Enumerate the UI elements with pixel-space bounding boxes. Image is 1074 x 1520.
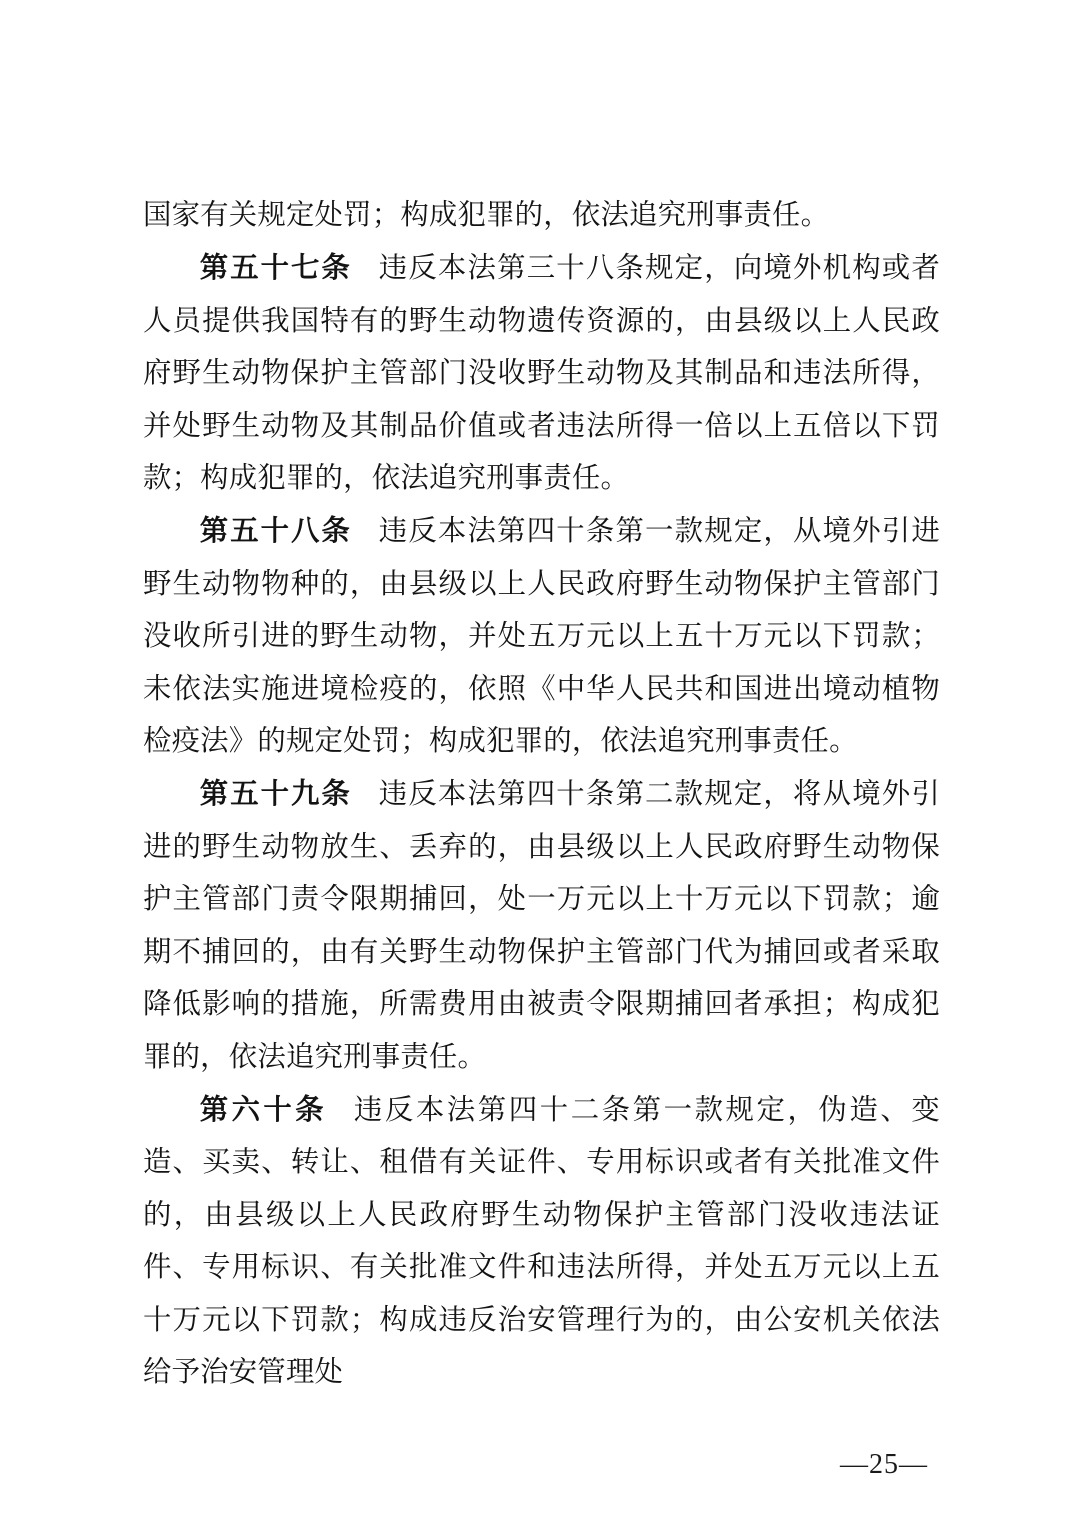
article-number: 第五十九条: [200, 778, 352, 810]
page-number: —25—: [840, 1448, 928, 1482]
article-text: 违反本法第四十条第二款规定，将从境外引进的野生动物放生、丢弃的，由县级以上人民政…: [143, 779, 940, 1072]
paragraph-article-57: 第五十七条违反本法第三十八条规定，向境外机构或者人员提供我国特有的野生动物遗传资…: [143, 242, 940, 505]
article-text: 违反本法第四十条第一款规定，从境外引进野生动物物种的，由县级以上人民政府野生动物…: [143, 516, 940, 757]
article-text: 国家有关规定处罚；构成犯罪的，依法追究刑事责任。: [143, 200, 829, 231]
paragraph-article-58: 第五十八条违反本法第四十条第一款规定，从境外引进野生动物物种的，由县级以上人民政…: [143, 505, 940, 768]
paragraph-continuation: 国家有关规定处罚；构成犯罪的，依法追究刑事责任。: [143, 190, 940, 242]
document-page: 国家有关规定处罚；构成犯罪的，依法追究刑事责任。 第五十七条违反本法第三十八条规…: [0, 0, 1074, 1520]
paragraph-article-60: 第六十条违反本法第四十二条第一款规定，伪造、变造、买卖、转让、租借有关证件、专用…: [143, 1084, 940, 1399]
article-number: 第五十七条: [200, 252, 352, 284]
article-text: 违反本法第四十二条第一款规定，伪造、变造、买卖、转让、租借有关证件、专用标识或者…: [143, 1095, 940, 1388]
paragraph-article-59: 第五十九条违反本法第四十条第二款规定，将从境外引进的野生动物放生、丢弃的，由县级…: [143, 768, 940, 1083]
article-number: 第六十条: [200, 1094, 327, 1126]
article-text: 违反本法第三十八条规定，向境外机构或者人员提供我国特有的野生动物遗传资源的，由县…: [143, 253, 940, 494]
law-text-block: 国家有关规定处罚；构成犯罪的，依法追究刑事责任。 第五十七条违反本法第三十八条规…: [143, 190, 940, 1399]
article-number: 第五十八条: [200, 515, 352, 547]
